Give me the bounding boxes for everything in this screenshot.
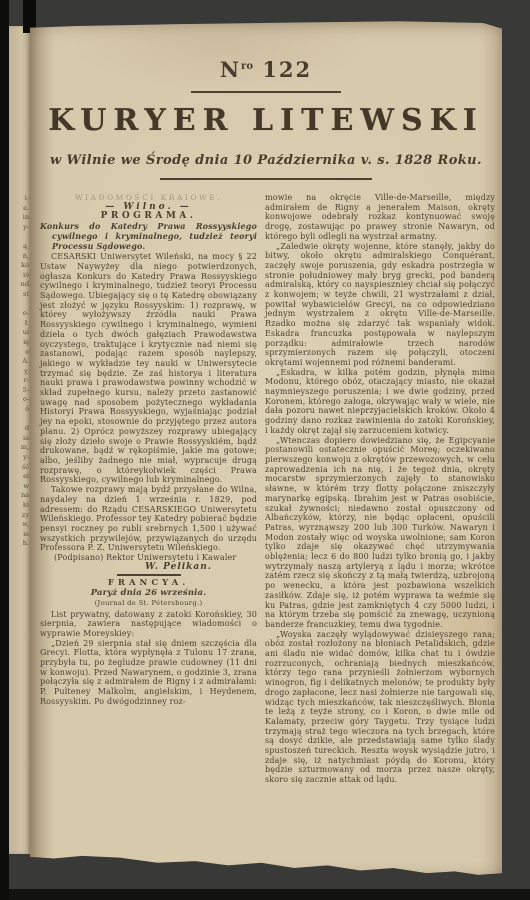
masthead-rule-bottom	[160, 178, 372, 180]
source-note: (Journal de St. Pétersbourg.)	[40, 599, 257, 609]
signature-name: W. Pelikan.	[40, 563, 257, 573]
issue-prefix: N	[220, 57, 241, 82]
paragraph: Takowe rozprawy mają bydź przysłane do W…	[40, 485, 257, 553]
previous-page-edge: i- e. in y- ą, ń, kó ió nd st o- ł. ui i…	[9, 26, 32, 854]
paragraph: mowie na okręcie Ville-de-Marseille, mię…	[265, 193, 495, 242]
paragraph: „Eskadra, w kilka potém godzin, płynęła …	[265, 368, 495, 436]
paragraph: List prywatny, datowany z zatoki Korońsk…	[40, 610, 257, 639]
paragraph: „Wtenczas dopiero dowiedziano się, że Eg…	[265, 436, 495, 630]
article-columns: WIADOMOŚCI KRAIOWE. — Wilno. — PROGRAMA.…	[30, 193, 502, 815]
newspaper-page: Nro 122 KURYER LITEWSKI w Wilnie we Środ…	[30, 20, 502, 880]
paragraph: CESARSKI Uniwersytet Wileński, na mocy §…	[40, 252, 257, 485]
paragraph: „Dzień 29 sierpnia stał się dniem szczęś…	[40, 639, 257, 707]
right-column: mowie na okręcie Ville-de-Marseille, mię…	[265, 193, 495, 815]
masthead-rule-top	[191, 91, 341, 93]
left-column: WIADOMOŚCI KRAIOWE. — Wilno. — PROGRAMA.…	[40, 193, 257, 815]
masthead: Nro 122 KURYER LITEWSKI w Wilnie we Środ…	[30, 57, 502, 180]
scanner-backdrop-bottom	[0, 889, 530, 900]
section-divider-rule	[117, 574, 181, 576]
previous-page-text-fragments: i- e. in y- ą, ń, kó ió nd st o- ł. ui i…	[11, 194, 29, 549]
masthead-dateline: w Wilnie we Środę dnia 10 Października v…	[30, 153, 502, 168]
scanner-backdrop-left	[0, 0, 9, 900]
issue-number: Nro 122	[30, 57, 502, 82]
konkurs-lede: Konkurs do Katedry Prawa Rossyyskiego cy…	[40, 222, 257, 251]
newspaper-title: KURYER LITEWSKI	[30, 103, 502, 138]
section-header-faint: WIADOMOŚCI KRAIOWE.	[40, 193, 257, 203]
paragraph: „Woyska zaczęły wylądowywać dzisieyszego…	[265, 630, 495, 785]
issue-superscript: ro	[241, 61, 253, 72]
issue-value: 122	[262, 57, 312, 82]
paragraph: „Zaledwie okręty wojenne, które stanęły,…	[265, 242, 495, 368]
paris-dateline: Paryż dnia 26 września.	[40, 589, 257, 599]
